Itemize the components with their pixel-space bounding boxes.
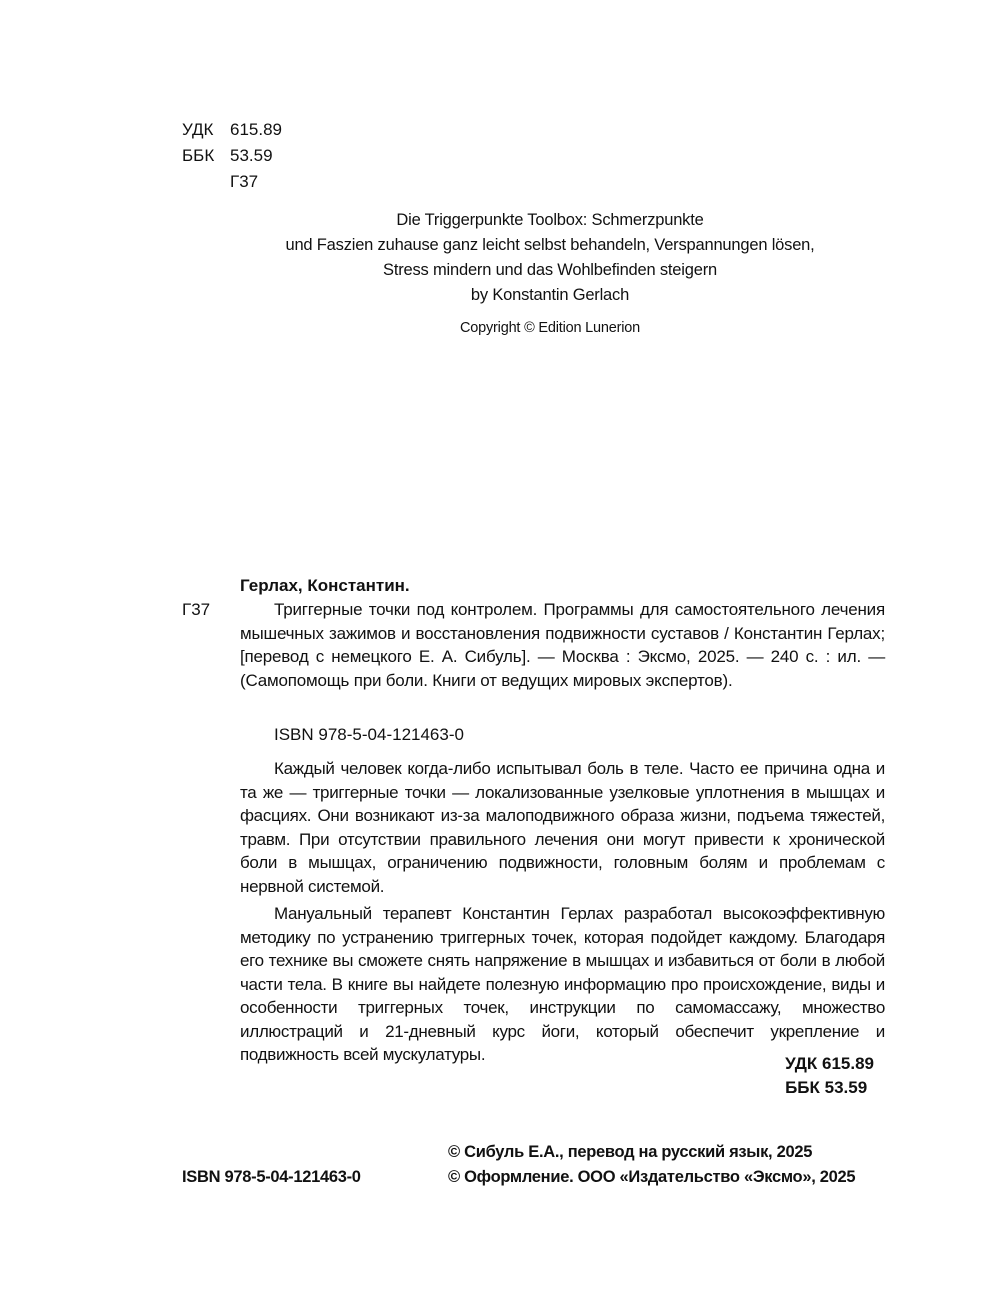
bbk-row: ББК 53.59: [182, 143, 282, 169]
copyright-block: © Сибуль Е.А., перевод на русский язык, …: [448, 1140, 855, 1190]
original-title-line: Die Triggerpunkte Toolbox: Schmerzpunkte: [240, 208, 860, 233]
footer-udk: УДК 615.89: [785, 1052, 874, 1076]
author-code-row: Г37: [182, 169, 282, 195]
author-code: Г37: [230, 169, 258, 195]
bbk-value: 53.59: [230, 143, 273, 169]
annotation-paragraph: Каждый человек когда-либо испытывал боль…: [240, 757, 885, 898]
catalog-author-code: Г37: [182, 598, 210, 622]
udk-label: УДК: [182, 117, 230, 143]
footer-codes: УДК 615.89 ББК 53.59: [785, 1052, 874, 1100]
udk-value: 615.89: [230, 117, 282, 143]
original-copyright: Copyright © Edition Lunerion: [240, 316, 860, 341]
udk-row: УДК 615.89: [182, 117, 282, 143]
catalog-isbn: ISBN 978-5-04-121463-0: [274, 723, 464, 747]
annotation: Каждый человек когда-либо испытывал боль…: [240, 757, 885, 1071]
copyright-design: © Оформление. ООО «Издательство «Эксмо»,…: [448, 1165, 855, 1190]
bbk-label: ББК: [182, 143, 230, 169]
classification-block: УДК 615.89 ББК 53.59 Г37: [182, 117, 282, 195]
footer-isbn: ISBN 978-5-04-121463-0: [182, 1165, 361, 1190]
footer-bbk: ББК 53.59: [785, 1076, 874, 1100]
copyright-translation: © Сибуль Е.А., перевод на русский язык, …: [448, 1140, 855, 1165]
catalog-description: Триггерные точки под контролем. Программ…: [240, 598, 885, 692]
original-author: by Konstantin Gerlach: [240, 283, 860, 308]
annotation-paragraph: Мануальный терапевт Константин Герлах ра…: [240, 902, 885, 1067]
original-edition-block: Die Triggerpunkte Toolbox: Schmerzpunkte…: [240, 208, 860, 341]
catalog-author-heading: Герлах, Константин.: [240, 574, 410, 598]
original-title-line: und Faszien zuhause ganz leicht selbst b…: [240, 233, 860, 258]
original-title-line: Stress mindern und das Wohlbefinden stei…: [240, 258, 860, 283]
